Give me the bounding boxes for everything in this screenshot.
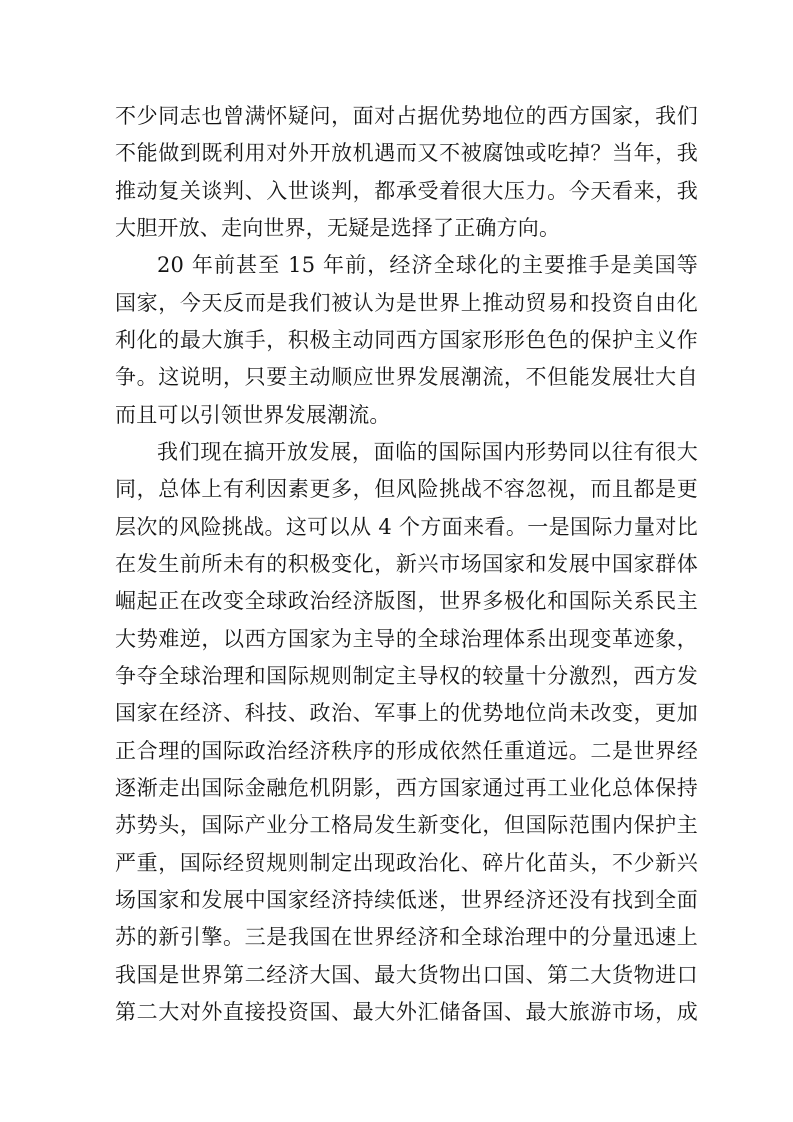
text-line: 逐渐走出国际金融危机阴影，西方国家通过再工业化总体保持复 bbox=[115, 770, 698, 807]
text-line: 国家，今天反而是我们被认为是世界上推动贸易和投资自由化便 bbox=[115, 285, 698, 322]
page-text: 不少同志也曾满怀疑问，面对占据优势地位的西方国家，我们能 不能做到既利用对外开放… bbox=[115, 98, 698, 1031]
text-line: 争夺全球治理和国际规则制定主导权的较量十分激烈，西方发达 bbox=[115, 658, 698, 695]
text-line: 同，总体上有利因素更多，但风险挑战不容忽视，而且都是更深 bbox=[115, 471, 698, 508]
text-line: 我国是世界第二经济大国、最大货物出口国、第二大货物进口国、 bbox=[115, 957, 698, 994]
text-line: 大势难逆，以西方国家为主导的全球治理体系出现变革迹象，但 bbox=[115, 621, 698, 658]
text-line: 在发生前所未有的积极变化，新兴市场国家和发展中国家群体性 bbox=[115, 546, 698, 583]
text-line: 20 年前甚至 15 年前，经济全球化的主要推手是美国等西方 bbox=[115, 247, 698, 284]
text-line: 严重，国际经贸规则制定出现政治化、碎片化苗头，不少新兴市 bbox=[115, 845, 698, 882]
text-line: 正合理的国际政治经济秩序的形成依然任重道远。二是世界经济 bbox=[115, 733, 698, 770]
text-line: 崛起正在改变全球政治经济版图，世界多极化和国际关系民主化 bbox=[115, 583, 698, 620]
text-line: 层次的风险挑战。这可以从 4 个方面来看。一是国际力量对比正 bbox=[115, 509, 698, 546]
paragraph: 20 年前甚至 15 年前，经济全球化的主要推手是美国等西方 国家，今天反而是我… bbox=[115, 247, 698, 434]
text-line: 第二大对外直接投资国、最大外汇储备国、最大旅游市场，成为 bbox=[115, 994, 698, 1031]
text-line: 苏的新引擎。三是我国在世界经济和全球治理中的分量迅速上升， bbox=[115, 919, 698, 956]
text-line: 不能做到既利用对外开放机遇而又不被腐蚀或吃掉？当年，我们 bbox=[115, 135, 698, 172]
text-line: 争。这说明，只要主动顺应世界发展潮流，不但能发展壮大自己， bbox=[115, 359, 698, 396]
text-line: 我们现在搞开放发展，面临的国际国内形势同以往有很大不 bbox=[115, 434, 698, 471]
text-line: 国家在经济、科技、政治、军事上的优势地位尚未改变，更加公 bbox=[115, 695, 698, 732]
text-line: 推动复关谈判、入世谈判，都承受着很大压力。今天看来，我们 bbox=[115, 173, 698, 210]
text-line: 利化的最大旗手，积极主动同西方国家形形色色的保护主义作斗 bbox=[115, 322, 698, 359]
text-line: 而且可以引领世界发展潮流。 bbox=[115, 397, 698, 434]
text-line: 不少同志也曾满怀疑问，面对占据优势地位的西方国家，我们能 bbox=[115, 98, 698, 135]
paragraph: 我们现在搞开放发展，面临的国际国内形势同以往有很大不 同，总体上有利因素更多，但… bbox=[115, 434, 698, 1031]
text-line: 场国家和发展中国家经济持续低迷，世界经济还没有找到全面复 bbox=[115, 882, 698, 919]
text-line: 苏势头，国际产业分工格局发生新变化，但国际范围内保护主义 bbox=[115, 807, 698, 844]
paragraph: 不少同志也曾满怀疑问，面对占据优势地位的西方国家，我们能 不能做到既利用对外开放… bbox=[115, 98, 698, 247]
document-page: 不少同志也曾满怀疑问，面对占据优势地位的西方国家，我们能 不能做到既利用对外开放… bbox=[0, 0, 793, 1122]
text-line: 大胆开放、走向世界，无疑是选择了正确方向。 bbox=[115, 210, 698, 247]
